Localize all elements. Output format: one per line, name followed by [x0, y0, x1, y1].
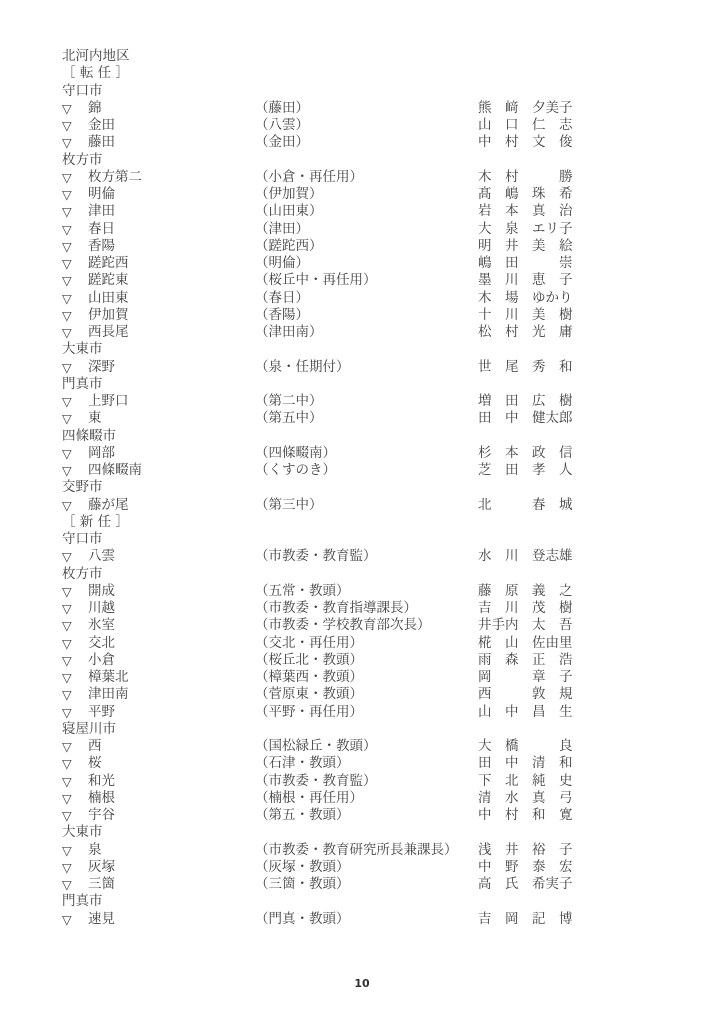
person-name: 浅 井 裕 子 [478, 842, 573, 859]
entry-row: ▽開成（五常・教頭）藤 原 義 之 [62, 583, 622, 600]
person-name: 世 尾 秀 和 [478, 359, 573, 376]
entry-row: ▽上野口（第二中）増 田 広 樹 [62, 393, 622, 410]
entry-row: ▽藤が尾（第三中）北 春 城 [62, 497, 622, 514]
previous-post: （藤田） [255, 100, 309, 117]
person-name: 大 橋 良 [478, 738, 573, 755]
person-name: 増 田 広 樹 [478, 393, 573, 410]
school-name: 金田 [88, 117, 115, 134]
previous-post: （小倉・再任用） [255, 169, 363, 186]
school-name: 泉 [88, 842, 102, 859]
previous-post: （楠根・再任用） [255, 790, 363, 807]
city-header: 大東市 [62, 824, 622, 841]
entry-row: ▽金田（八雲）山 口 仁 志 [62, 117, 622, 134]
school-name: 速見 [88, 911, 115, 928]
entry-row: ▽津田（山田東）岩 本 真 治 [62, 203, 622, 220]
previous-post: （第二中） [255, 393, 323, 410]
previous-post: （蹉跎西） [255, 238, 323, 255]
entry-row: ▽蹉跎東（桜丘中・再任用）墨 川 恵 子 [62, 272, 622, 289]
school-name: 山田東 [88, 290, 129, 307]
previous-post: （四條畷南） [255, 445, 336, 462]
school-name: 和光 [88, 773, 115, 790]
school-name: 西 [88, 738, 102, 755]
entry-marker-icon: ▽ [62, 738, 72, 755]
entry-row: ▽香陽（蹉跎西）明 井 美 絵 [62, 238, 622, 255]
previous-post: （市教委・学校教育部次長） [255, 617, 431, 634]
entry-row: ▽平野（平野・再任用）山 中 昌 生 [62, 704, 622, 721]
school-name: 伊加賀 [88, 307, 129, 324]
entry-marker-icon: ▽ [62, 117, 72, 134]
entry-row: ▽速見（門真・教頭）吉 岡 記 博 [62, 911, 622, 928]
entry-marker-icon: ▽ [62, 462, 72, 479]
school-name: 藤が尾 [88, 497, 129, 514]
school-name: 香陽 [88, 238, 115, 255]
entry-marker-icon: ▽ [62, 134, 72, 151]
city-header: 守口市 [62, 531, 622, 548]
school-name: 岡部 [88, 445, 115, 462]
entry-marker-icon: ▽ [62, 583, 72, 600]
school-name: 東 [88, 410, 102, 427]
person-name: 北 春 城 [478, 497, 573, 514]
school-name: 三箇 [88, 876, 115, 893]
entry-row: ▽蹉跎西（明倫）嶋 田 崇 [62, 255, 622, 272]
entry-marker-icon: ▽ [62, 290, 72, 307]
personnel-listing: 北河内地区 ［ 転 任 ］守口市▽錦（藤田）熊 﨑 夕美子▽金田（八雲）山 口 … [62, 48, 622, 928]
person-name: 椛 山 佐由里 [478, 635, 573, 652]
entry-marker-icon: ▽ [62, 859, 72, 876]
person-name: 松 村 光 庸 [478, 324, 573, 341]
page-number: 10 [0, 977, 724, 990]
person-name: 山 口 仁 志 [478, 117, 573, 134]
entry-marker-icon: ▽ [62, 704, 72, 721]
entry-marker-icon: ▽ [62, 255, 72, 272]
entry-row: ▽西長尾（津田南）松 村 光 庸 [62, 324, 622, 341]
school-name: 上野口 [88, 393, 129, 410]
entry-marker-icon: ▽ [62, 169, 72, 186]
entry-marker-icon: ▽ [62, 359, 72, 376]
person-name: 明 井 美 絵 [478, 238, 573, 255]
previous-post: （五常・教頭） [255, 583, 350, 600]
entry-row: ▽樟葉北（樟葉西・教頭）岡 章 子 [62, 669, 622, 686]
section-title: ［ 新 任 ］ [62, 514, 622, 531]
entry-marker-icon: ▽ [62, 807, 72, 824]
previous-post: （平野・再任用） [255, 704, 363, 721]
previous-post: （第五中） [255, 410, 323, 427]
person-name: 熊 﨑 夕美子 [478, 100, 573, 117]
school-name: 津田 [88, 203, 115, 220]
previous-post: （灰塚・教頭） [255, 859, 350, 876]
entry-marker-icon: ▽ [62, 686, 72, 703]
person-name: 岩 本 真 治 [478, 203, 573, 220]
person-name: 下 北 純 史 [478, 773, 573, 790]
entry-marker-icon: ▽ [62, 842, 72, 859]
person-name: 杉 本 政 信 [478, 445, 573, 462]
person-name: 藤 原 義 之 [478, 583, 573, 600]
entry-row: ▽小倉（桜丘北・教頭）雨 森 正 浩 [62, 652, 622, 669]
previous-post: （香陽） [255, 307, 309, 324]
school-name: 錦 [88, 100, 102, 117]
previous-post: （くすのき） [255, 462, 336, 479]
entry-row: ▽和光（市教委・教育監）下 北 純 史 [62, 773, 622, 790]
person-name: 嶋 田 崇 [478, 255, 573, 272]
entry-row: ▽灰塚（灰塚・教頭）中 野 泰 宏 [62, 859, 622, 876]
school-name: 交北 [88, 635, 115, 652]
entry-marker-icon: ▽ [62, 410, 72, 427]
city-header: 寝屋川市 [62, 721, 622, 738]
entry-marker-icon: ▽ [62, 324, 72, 341]
school-name: 四條畷南 [88, 462, 142, 479]
entry-marker-icon: ▽ [62, 100, 72, 117]
person-name: 吉 川 茂 樹 [478, 600, 573, 617]
document-page: 北河内地区 ［ 転 任 ］守口市▽錦（藤田）熊 﨑 夕美子▽金田（八雲）山 口 … [0, 0, 724, 1024]
entry-marker-icon: ▽ [62, 272, 72, 289]
person-name: 雨 森 正 浩 [478, 652, 573, 669]
entry-row: ▽交北（交北・再任用）椛 山 佐由里 [62, 635, 622, 652]
previous-post: （樟葉西・教頭） [255, 669, 363, 686]
entry-marker-icon: ▽ [62, 617, 72, 634]
entry-marker-icon: ▽ [62, 221, 72, 238]
person-name: 芝 田 孝 人 [478, 462, 573, 479]
school-name: 八雲 [88, 548, 115, 565]
entry-marker-icon: ▽ [62, 652, 72, 669]
person-name: 中 野 泰 宏 [478, 859, 573, 876]
entry-marker-icon: ▽ [62, 790, 72, 807]
person-name: 中 村 和 寛 [478, 807, 573, 824]
entry-row: ▽伊加賀（香陽）十 川 美 樹 [62, 307, 622, 324]
city-header: 門真市 [62, 376, 622, 393]
previous-post: （津田南） [255, 324, 323, 341]
city-header: 枚方市 [62, 152, 622, 169]
previous-post: （第三中） [255, 497, 323, 514]
previous-post: （第五・教頭） [255, 807, 350, 824]
city-header: 交野市 [62, 479, 622, 496]
city-header: 大東市 [62, 341, 622, 358]
person-name: 吉 岡 記 博 [478, 911, 573, 928]
school-name: 蹉跎東 [88, 272, 129, 289]
previous-post: （門真・教頭） [255, 911, 350, 928]
entry-marker-icon: ▽ [62, 238, 72, 255]
previous-post: （市教委・教育監） [255, 548, 377, 565]
entry-marker-icon: ▽ [62, 497, 72, 514]
previous-post: （金田） [255, 134, 309, 151]
entry-marker-icon: ▽ [62, 445, 72, 462]
person-name: 墨 川 恵 子 [478, 272, 573, 289]
school-name: 氷室 [88, 617, 115, 634]
entry-marker-icon: ▽ [62, 393, 72, 410]
entry-marker-icon: ▽ [62, 876, 72, 893]
person-name: 高 氏 希実子 [478, 876, 573, 893]
previous-post: （石津・教頭） [255, 755, 350, 772]
entry-row: ▽岡部（四條畷南）杉 本 政 信 [62, 445, 622, 462]
school-name: 樟葉北 [88, 669, 129, 686]
previous-post: （市教委・教育指導課長） [255, 600, 417, 617]
previous-post: （市教委・教育研究所長兼課長） [255, 842, 458, 859]
person-name: 山 中 昌 生 [478, 704, 573, 721]
school-name: 桜 [88, 755, 102, 772]
previous-post: （国松緑丘・教頭） [255, 738, 377, 755]
entry-marker-icon: ▽ [62, 635, 72, 652]
entry-marker-icon: ▽ [62, 548, 72, 565]
school-name: 藤田 [88, 134, 115, 151]
entry-row: ▽錦（藤田）熊 﨑 夕美子 [62, 100, 622, 117]
previous-post: （交北・再任用） [255, 635, 363, 652]
person-name: 西 敦 規 [478, 686, 573, 703]
person-name: 中 村 文 俊 [478, 134, 573, 151]
city-header: 四條畷市 [62, 428, 622, 445]
school-name: 灰塚 [88, 859, 115, 876]
entry-row: ▽枚方第二（小倉・再任用）木 村 勝 [62, 169, 622, 186]
previous-post: （春日） [255, 290, 309, 307]
person-name: 清 水 真 弓 [478, 790, 573, 807]
person-name: 田 中 健太郎 [478, 410, 573, 427]
school-name: 平野 [88, 704, 115, 721]
school-name: 小倉 [88, 652, 115, 669]
previous-post: （山田東） [255, 203, 323, 220]
entry-marker-icon: ▽ [62, 911, 72, 928]
previous-post: （桜丘北・教頭） [255, 652, 363, 669]
entry-row: ▽明倫（伊加賀）髙 嶋 珠 希 [62, 186, 622, 203]
section-title: ［ 転 任 ］ [62, 65, 622, 82]
school-name: 西長尾 [88, 324, 129, 341]
person-name: 水 川 登志雄 [478, 548, 573, 565]
previous-post: （市教委・教育監） [255, 773, 377, 790]
entry-marker-icon: ▽ [62, 755, 72, 772]
entry-row: ▽津田南（菅原東・教頭）西 敦 規 [62, 686, 622, 703]
entry-row: ▽川越（市教委・教育指導課長）吉 川 茂 樹 [62, 600, 622, 617]
entry-marker-icon: ▽ [62, 669, 72, 686]
person-name: 田 中 清 和 [478, 755, 573, 772]
previous-post: （津田） [255, 221, 309, 238]
entry-marker-icon: ▽ [62, 186, 72, 203]
entry-row: ▽三箇（三箇・教頭）高 氏 希実子 [62, 876, 622, 893]
entry-row: ▽宇谷（第五・教頭）中 村 和 寛 [62, 807, 622, 824]
city-header: 守口市 [62, 83, 622, 100]
previous-post: （泉・任期付） [255, 359, 350, 376]
entry-row: ▽深野（泉・任期付）世 尾 秀 和 [62, 359, 622, 376]
entry-row: ▽八雲（市教委・教育監）水 川 登志雄 [62, 548, 622, 565]
school-name: 枚方第二 [88, 169, 142, 186]
entry-row: ▽楠根（楠根・再任用）清 水 真 弓 [62, 790, 622, 807]
entry-marker-icon: ▽ [62, 307, 72, 324]
person-name: 髙 嶋 珠 希 [478, 186, 573, 203]
previous-post: （菅原東・教頭） [255, 686, 363, 703]
previous-post: （明倫） [255, 255, 309, 272]
school-name: 楠根 [88, 790, 115, 807]
city-header: 門真市 [62, 893, 622, 910]
entry-row: ▽東（第五中）田 中 健太郎 [62, 410, 622, 427]
person-name: 大 泉 エリ子 [478, 221, 573, 238]
person-name: 井手内 太 吾 [478, 617, 573, 634]
previous-post: （伊加賀） [255, 186, 323, 203]
previous-post: （桜丘中・再任用） [255, 272, 377, 289]
entry-row: ▽桜（石津・教頭）田 中 清 和 [62, 755, 622, 772]
previous-post: （三箇・教頭） [255, 876, 350, 893]
city-header: 枚方市 [62, 566, 622, 583]
entry-marker-icon: ▽ [62, 773, 72, 790]
entry-row: ▽泉（市教委・教育研究所長兼課長）浅 井 裕 子 [62, 842, 622, 859]
entry-row: ▽藤田（金田）中 村 文 俊 [62, 134, 622, 151]
entry-marker-icon: ▽ [62, 203, 72, 220]
previous-post: （八雲） [255, 117, 309, 134]
entry-row: ▽氷室（市教委・学校教育部次長）井手内 太 吾 [62, 617, 622, 634]
person-name: 木 村 勝 [478, 169, 573, 186]
entry-marker-icon: ▽ [62, 600, 72, 617]
entry-row: ▽春日（津田）大 泉 エリ子 [62, 221, 622, 238]
entry-row: ▽四條畷南（くすのき）芝 田 孝 人 [62, 462, 622, 479]
school-name: 深野 [88, 359, 115, 376]
school-name: 宇谷 [88, 807, 115, 824]
school-name: 春日 [88, 221, 115, 238]
person-name: 岡 章 子 [478, 669, 573, 686]
entry-row: ▽西（国松緑丘・教頭）大 橋 良 [62, 738, 622, 755]
person-name: 十 川 美 樹 [478, 307, 573, 324]
school-name: 津田南 [88, 686, 129, 703]
entry-row: ▽山田東（春日）木 場 ゆかり [62, 290, 622, 307]
school-name: 蹉跎西 [88, 255, 129, 272]
district-title: 北河内地区 [62, 48, 622, 65]
school-name: 開成 [88, 583, 115, 600]
school-name: 明倫 [88, 186, 115, 203]
person-name: 木 場 ゆかり [478, 290, 573, 307]
school-name: 川越 [88, 600, 115, 617]
